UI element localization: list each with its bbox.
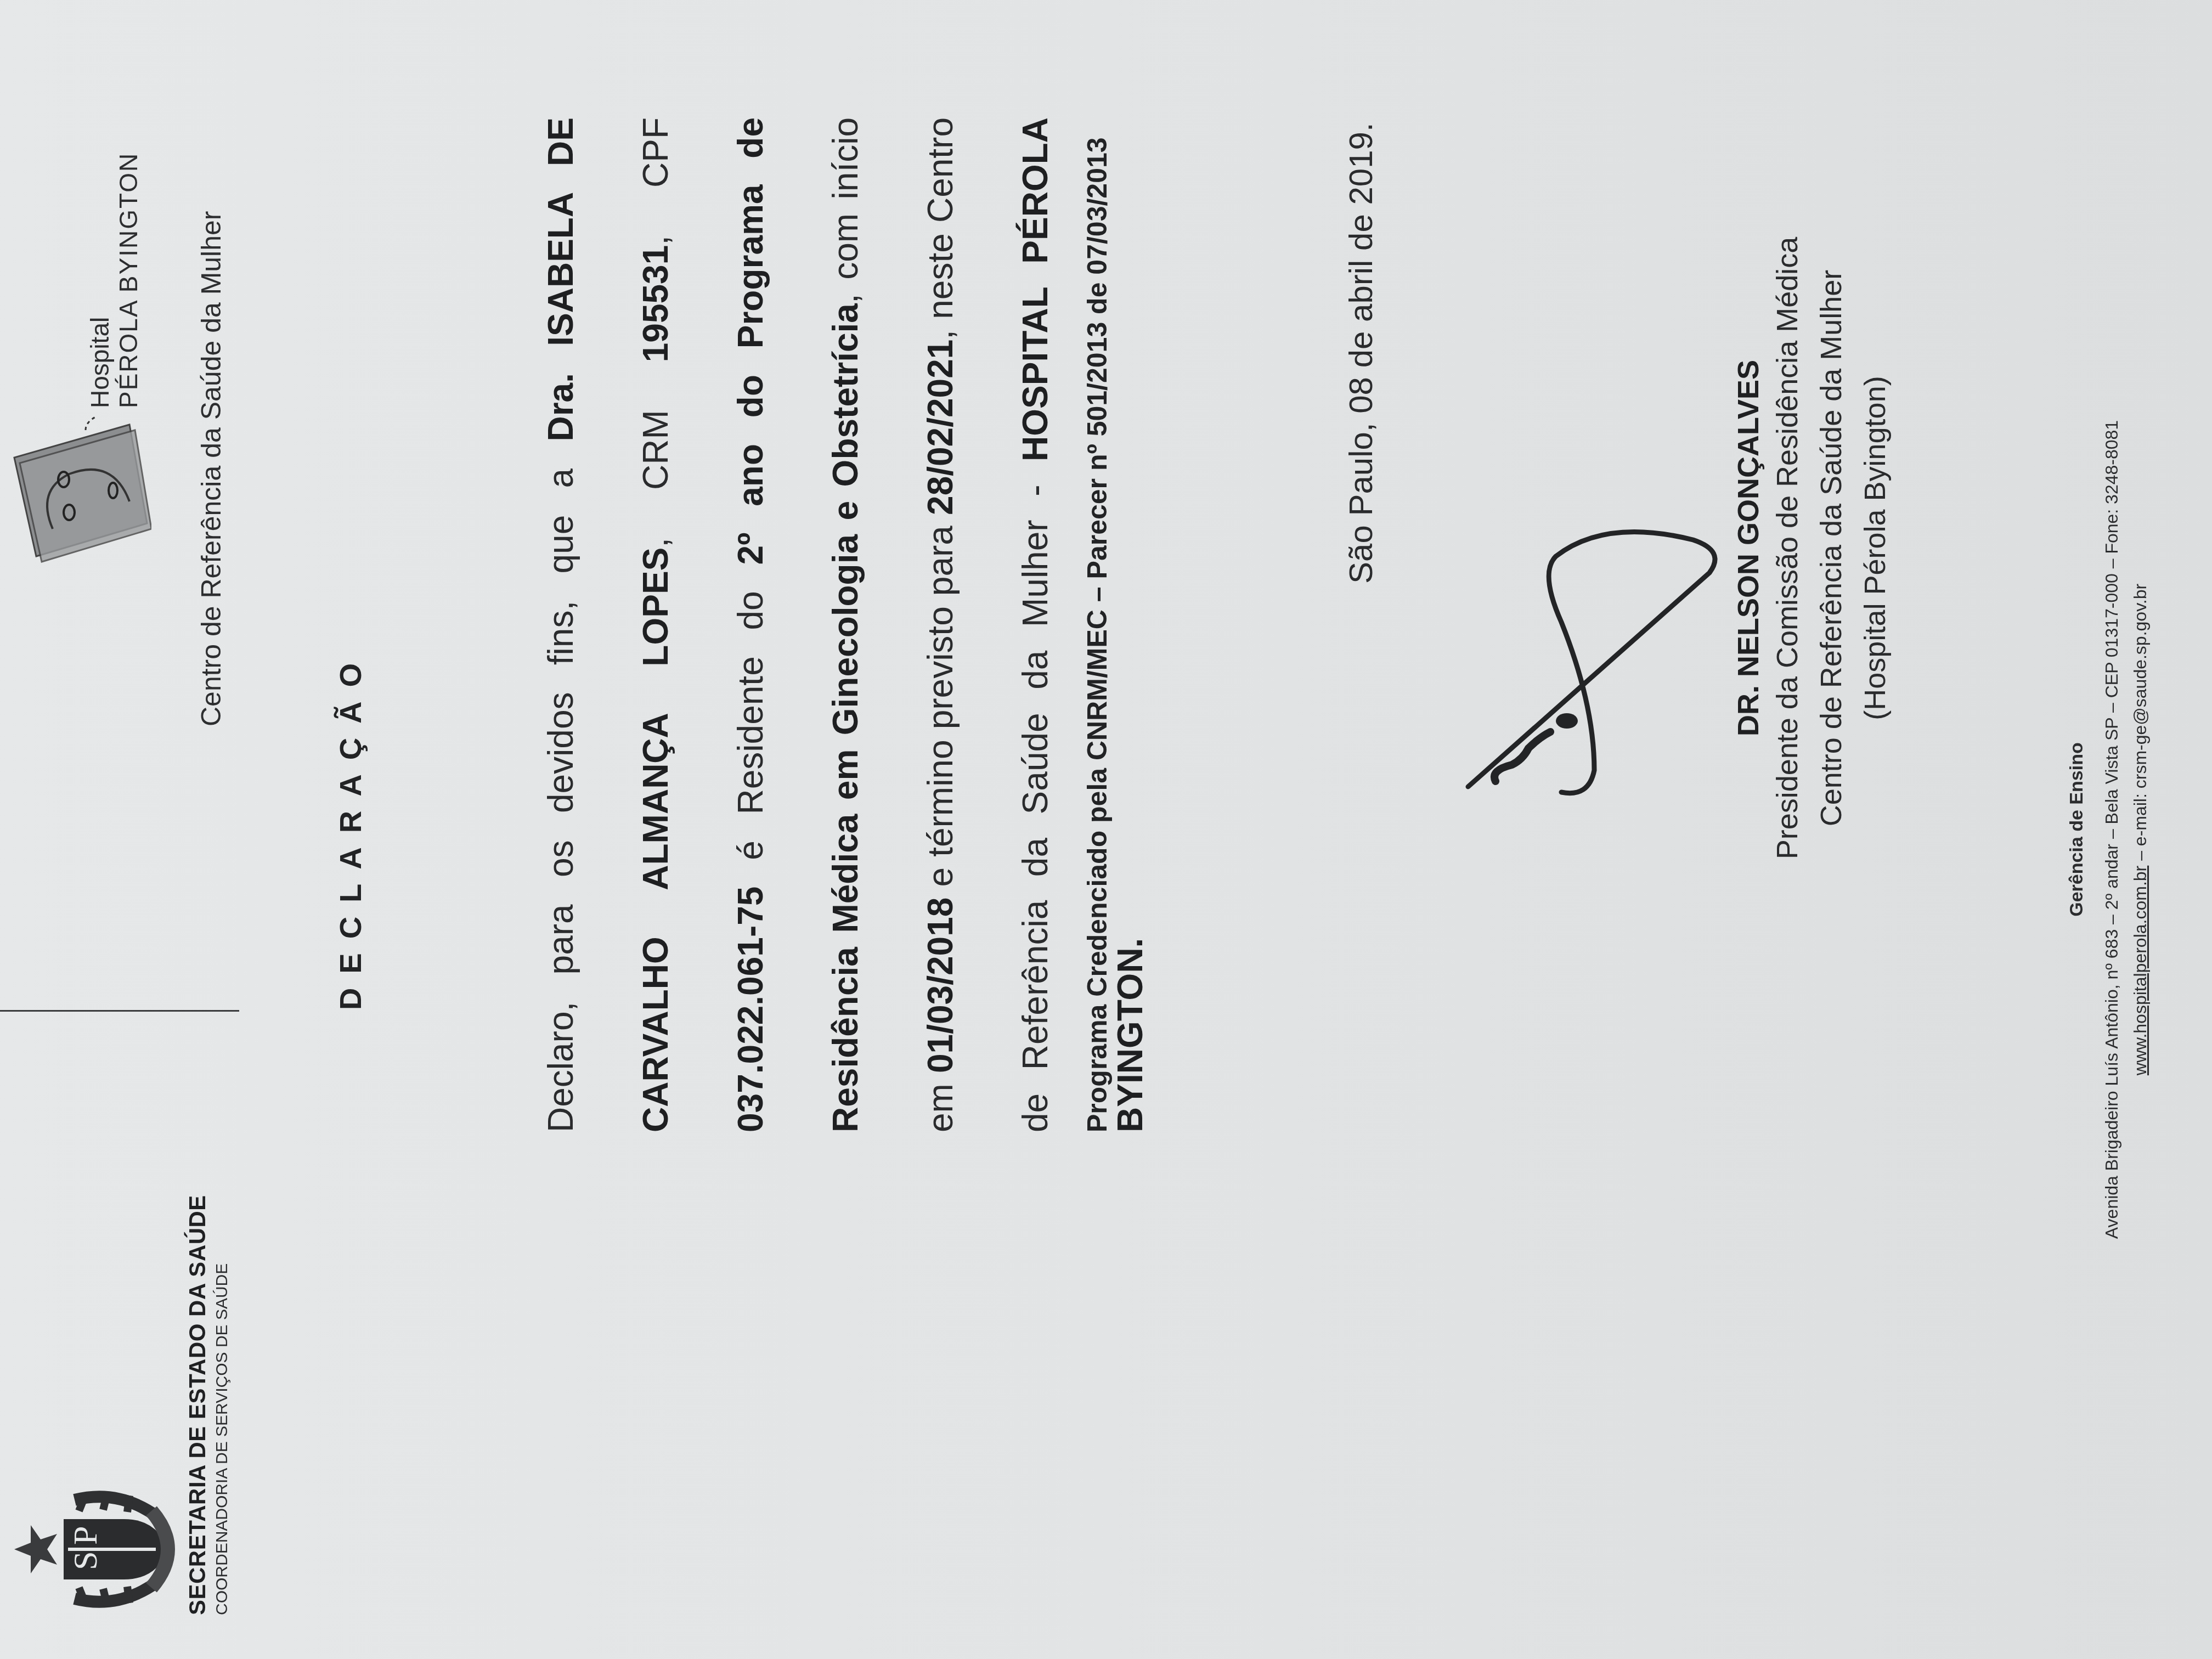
cpf-number: 037.022.061-75 <box>731 887 770 1132</box>
hospital-line-1: Hospital <box>86 153 114 408</box>
signer-name: DR. NELSON GONÇALVES <box>1731 150 1765 946</box>
hospital-subtitle: Centro de Referência da Saúde da Mulher <box>195 211 227 726</box>
document-title: DECLARAÇÃO <box>332 0 368 1659</box>
header-divider <box>0 1010 239 1012</box>
body-text: e término previsto para <box>921 515 960 898</box>
body-text: , CRM <box>636 362 675 547</box>
accreditation-note: Programa Credenciado pela CNRM/MEC – Par… <box>1081 137 1113 1132</box>
email-label: – e-mail: <box>2130 788 2150 865</box>
signer-role: Presidente da Comissão de Residência Méd… <box>1765 150 1809 946</box>
place-and-date: São Paulo, 08 de abril de 2019. <box>1342 122 1380 584</box>
email-address[interactable]: crsm-ge@saude.sp.gov.br <box>2130 584 2150 788</box>
footer-address: Avenida Brigadeiro Luís Antônio, nº 683 … <box>2097 0 2126 1659</box>
declaration-body: Declaro, para os devidos fins, que a Dra… <box>513 117 1178 1132</box>
body-text: é Residente do <box>731 565 770 887</box>
secretaria-title: SECRETARIA DE ESTADO DA SAÚDE <box>184 1121 211 1615</box>
letterhead: S P SECRETARIA DE ESTADO DA SAÚDE COORDE… <box>0 0 250 1659</box>
svg-text:S: S <box>67 1551 104 1570</box>
signature-icon <box>1452 496 1737 803</box>
signer-org-alt: (Hospital Pérola Byington) <box>1853 150 1897 946</box>
website-link[interactable]: www.hospitalperola.com.br <box>2130 866 2150 1075</box>
coordenadoria-subtitle: COORDENADORIA DE SERVIÇOS DE SAÚDE <box>213 1121 232 1615</box>
footer-contacts: www.hospitalperola.com.br – e-mail: crsm… <box>2126 0 2154 1659</box>
photo-frame: S P SECRETARIA DE ESTADO DA SAÚDE COORDE… <box>0 0 2212 1659</box>
letter-footer: Gerência de Ensino Avenida Brigadeiro Lu… <box>2066 0 2154 1659</box>
sp-coat-of-arms-icon: S P <box>9 1478 179 1621</box>
crm-number: 195531 <box>636 245 675 363</box>
body-text: Declaro, para os devidos fins, que a <box>541 442 580 1132</box>
hospital-perola-byington-face-icon <box>3 414 151 567</box>
document-sheet: S P SECRETARIA DE ESTADO DA SAÚDE COORDE… <box>0 0 2212 1659</box>
end-date: 28/02/2021 <box>921 340 960 515</box>
signer-block: DR. NELSON GONÇALVES Presidente da Comis… <box>1731 150 1897 946</box>
body-text: , CPF <box>636 117 675 245</box>
signer-org: Centro de Referência da Saúde da Mulher <box>1809 150 1853 946</box>
start-date: 01/03/2018 <box>921 898 960 1073</box>
secretaria-block: SECRETARIA DE ESTADO DA SAÚDE COORDENADO… <box>184 1121 232 1615</box>
footer-department: Gerência de Ensino <box>2066 0 2087 1659</box>
svg-text:P: P <box>67 1526 104 1545</box>
hospital-name: Hospital PÉROLA BYINGTON <box>86 153 143 408</box>
hospital-line-2: PÉROLA BYINGTON <box>114 153 143 408</box>
